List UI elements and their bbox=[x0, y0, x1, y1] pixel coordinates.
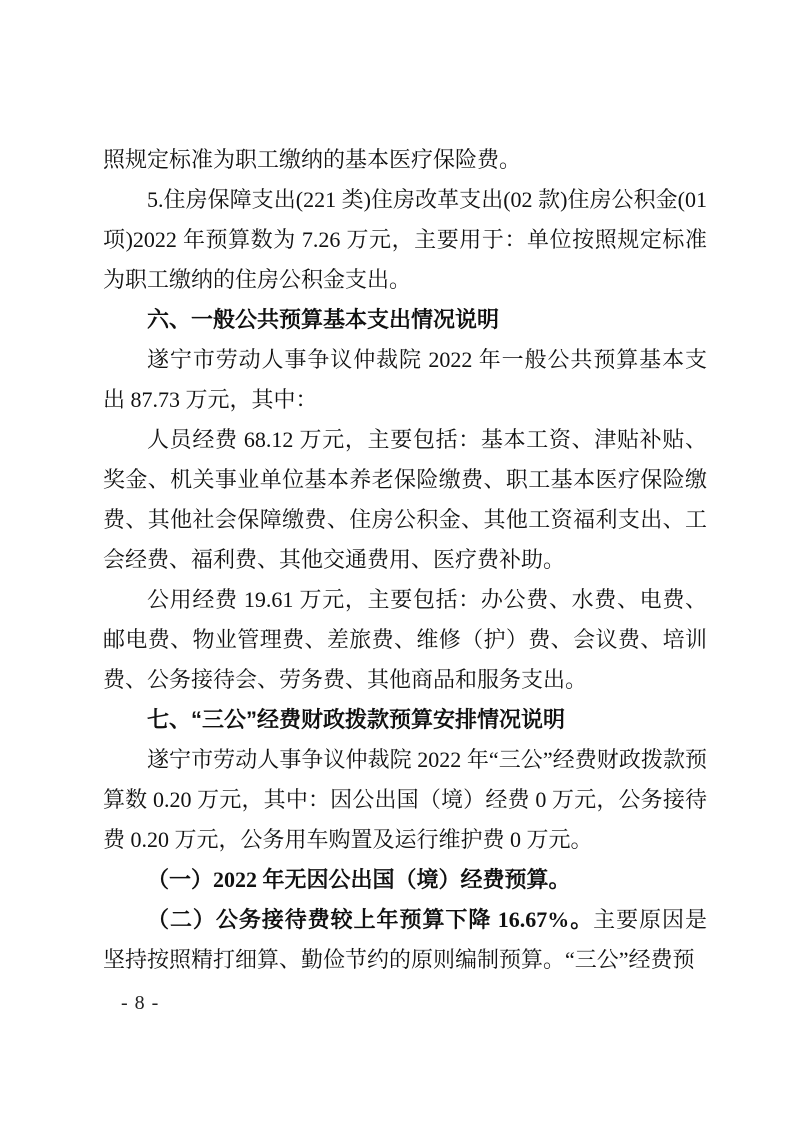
subsection-two-bold-lead: （二）公务接待费较上年预算下降 16.67%。 bbox=[147, 907, 593, 932]
paragraph-three-public-budget-total: 遂宁市劳动人事争议仲裁院 2022 年“三公”经费财政拨款预算数 0.20 万元… bbox=[103, 740, 707, 860]
page-number: - 8 - bbox=[121, 991, 159, 1015]
paragraph-continuation-medical-insurance: 照规定标准为职工缴纳的基本医疗保险费。 bbox=[103, 140, 707, 180]
page-content: 照规定标准为职工缴纳的基本医疗保险费。 5.住房保障支出(221 类)住房改革支… bbox=[103, 140, 707, 980]
paragraph-basic-expenditure-total: 遂宁市劳动人事争议仲裁院 2022 年一般公共预算基本支出 87.73 万元，其… bbox=[103, 340, 707, 420]
document-page: 照规定标准为职工缴纳的基本医疗保险费。 5.住房保障支出(221 类)住房改革支… bbox=[0, 0, 793, 1122]
subsection-one-no-overseas-budget: （一）2022 年无因公出国（境）经费预算。 bbox=[103, 860, 707, 900]
paragraph-subsection-two-reception-fee: （二）公务接待费较上年预算下降 16.67%。主要原因是坚持按照精打细算、勤俭节… bbox=[103, 900, 707, 980]
paragraph-item5-housing-fund: 5.住房保障支出(221 类)住房改革支出(02 款)住房公积金(01 项)20… bbox=[103, 180, 707, 300]
paragraph-personnel-funds: 人员经费 68.12 万元，主要包括：基本工资、津贴补贴、奖金、机关事业单位基本… bbox=[103, 420, 707, 580]
paragraph-public-funds: 公用经费 19.61 万元，主要包括：办公费、水费、电费、邮电费、物业管理费、差… bbox=[103, 580, 707, 700]
section-heading-six-basic-expenditure: 六、一般公共预算基本支出情况说明 bbox=[103, 300, 707, 340]
section-heading-seven-three-public-funds: 七、“三公”经费财政拨款预算安排情况说明 bbox=[103, 700, 707, 740]
